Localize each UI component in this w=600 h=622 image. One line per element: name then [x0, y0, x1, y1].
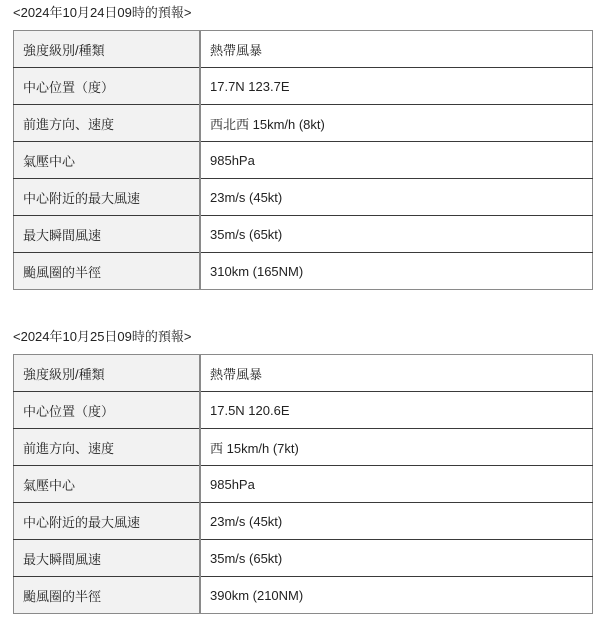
- table-row-max-gust: 最大瞬間風速 35m/s (65kt): [14, 216, 593, 253]
- row-value: 17.5N 120.6E: [200, 392, 593, 429]
- table-row-direction-speed: 前進方向、速度 西北西 15km/h (8kt): [14, 105, 593, 142]
- table-row-intensity: 強度級別/種類 熱帶風暴: [14, 355, 593, 392]
- row-value: 17.7N 123.7E: [200, 68, 593, 105]
- row-label: 強度級別/種類: [14, 31, 201, 68]
- table-row-direction-speed: 前進方向、速度 西 15km/h (7kt): [14, 429, 593, 466]
- table-row-pressure: 氣壓中心 985hPa: [14, 466, 593, 503]
- forecast-section-1: <2024年10月24日09時的預報> 強度級別/種類 熱帶風暴 中心位置（度）…: [13, 5, 593, 290]
- table-row-storm-radius: 颱風圈的半徑 390km (210NM): [14, 577, 593, 614]
- forecast-title: <2024年10月24日09時的預報>: [13, 5, 593, 21]
- row-label: 最大瞬間風速: [14, 216, 201, 253]
- row-value: 390km (210NM): [200, 577, 593, 614]
- row-label: 氣壓中心: [14, 466, 201, 503]
- row-label: 中心位置（度）: [14, 392, 201, 429]
- row-label: 颱風圈的半徑: [14, 577, 201, 614]
- row-value: 35m/s (65kt): [200, 540, 593, 577]
- table-row-center-position: 中心位置（度） 17.7N 123.7E: [14, 68, 593, 105]
- row-value: 310km (165NM): [200, 253, 593, 290]
- row-value: 23m/s (45kt): [200, 503, 593, 540]
- table-row-max-gust: 最大瞬間風速 35m/s (65kt): [14, 540, 593, 577]
- row-value: 985hPa: [200, 466, 593, 503]
- row-label: 中心附近的最大風速: [14, 179, 201, 216]
- table-row-intensity: 強度級別/種類 熱帶風暴: [14, 31, 593, 68]
- forecast-section-2: <2024年10月25日09時的預報> 強度級別/種類 熱帶風暴 中心位置（度）…: [13, 329, 593, 614]
- row-label: 強度級別/種類: [14, 355, 201, 392]
- table-row-max-wind: 中心附近的最大風速 23m/s (45kt): [14, 503, 593, 540]
- forecast-title: <2024年10月25日09時的預報>: [13, 329, 593, 345]
- row-label: 颱風圈的半徑: [14, 253, 201, 290]
- table-row-storm-radius: 颱風圈的半徑 310km (165NM): [14, 253, 593, 290]
- row-label: 氣壓中心: [14, 142, 201, 179]
- row-value: 西 15km/h (7kt): [200, 429, 593, 466]
- row-label: 中心位置（度）: [14, 68, 201, 105]
- table-row-max-wind: 中心附近的最大風速 23m/s (45kt): [14, 179, 593, 216]
- table-row-center-position: 中心位置（度） 17.5N 120.6E: [14, 392, 593, 429]
- forecast-table: 強度級別/種類 熱帶風暴 中心位置（度） 17.5N 120.6E 前進方向、速…: [13, 354, 593, 614]
- row-label: 前進方向、速度: [14, 105, 201, 142]
- row-value: 23m/s (45kt): [200, 179, 593, 216]
- row-value: 熱帶風暴: [200, 31, 593, 68]
- row-label: 中心附近的最大風速: [14, 503, 201, 540]
- row-value: 985hPa: [200, 142, 593, 179]
- row-value: 35m/s (65kt): [200, 216, 593, 253]
- table-row-pressure: 氣壓中心 985hPa: [14, 142, 593, 179]
- row-value: 熱帶風暴: [200, 355, 593, 392]
- forecast-table: 強度級別/種類 熱帶風暴 中心位置（度） 17.7N 123.7E 前進方向、速…: [13, 30, 593, 290]
- row-label: 前進方向、速度: [14, 429, 201, 466]
- row-label: 最大瞬間風速: [14, 540, 201, 577]
- row-value: 西北西 15km/h (8kt): [200, 105, 593, 142]
